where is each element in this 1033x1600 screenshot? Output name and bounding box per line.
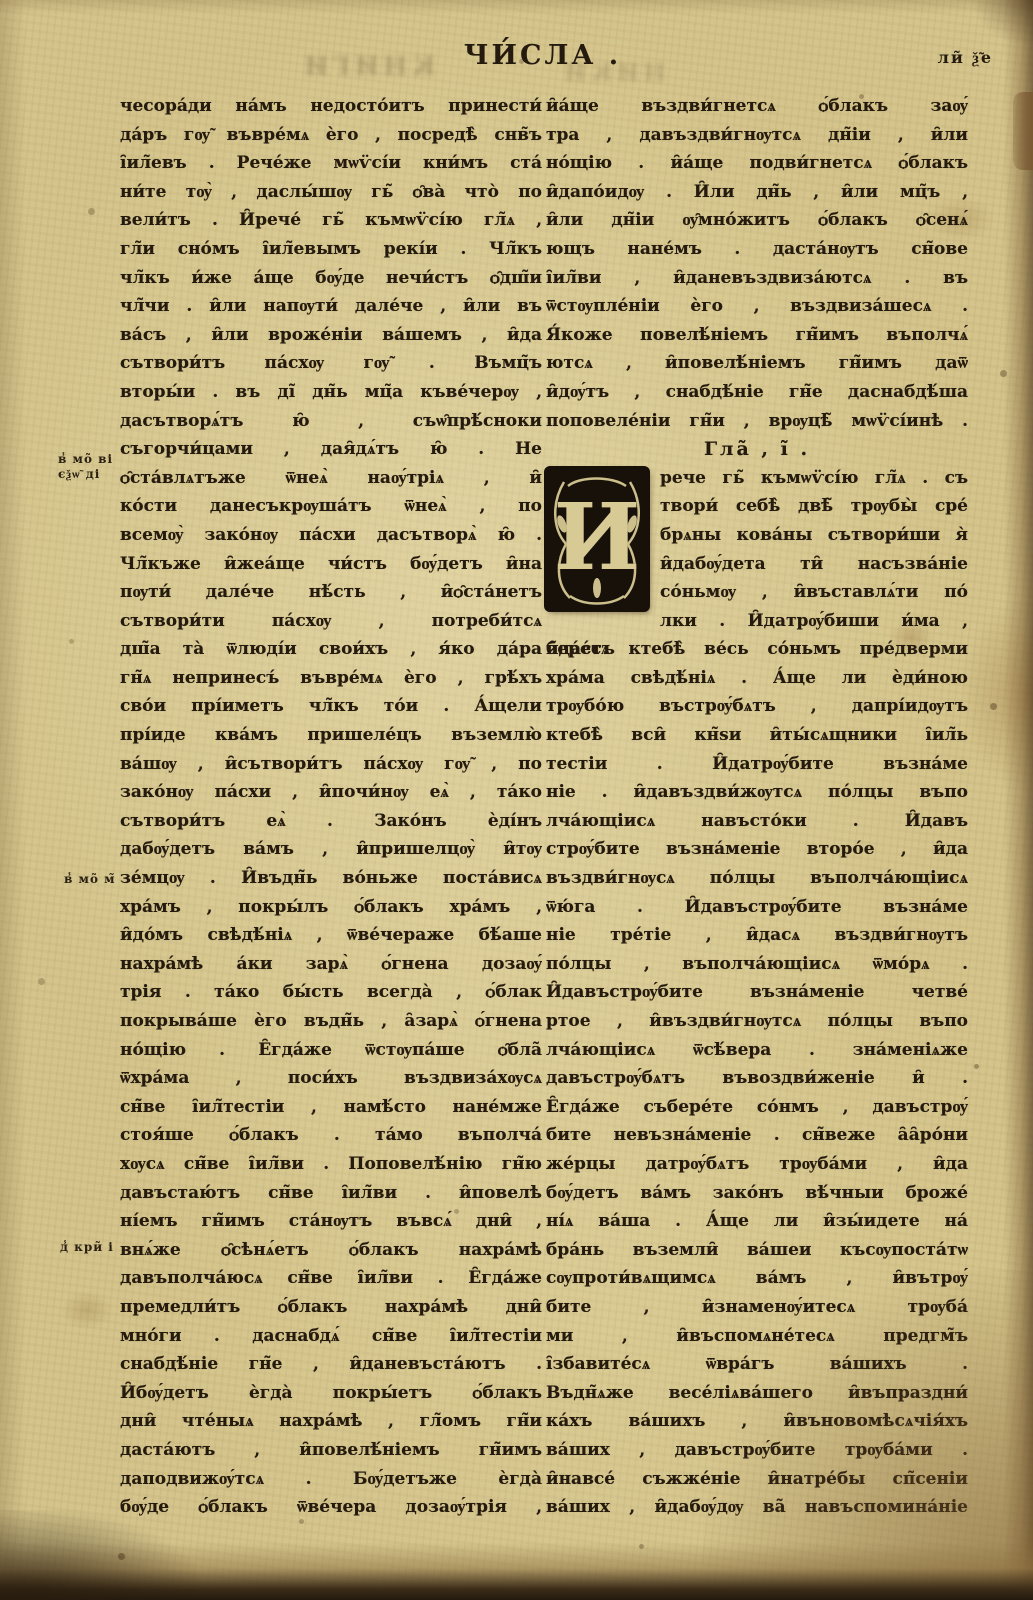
text-line: хра́мъ , покры́лъ ѻ́блакъ хра́мъ ,: [120, 893, 542, 922]
corner-shadow: [0, 1510, 200, 1600]
text-line: сво́и прі́иметъ чл̃къ то́и . А́щели: [120, 692, 542, 721]
text-line: и̑ли дн̃іи ѹ̑мно́житъ ѻ́блакъ ѻ̑сенѧ́: [546, 206, 968, 235]
text-line: премедли́тъ ѻ́блакъ нахра́мѣ дни̑: [120, 1293, 542, 1322]
text-line: ртое , и̑въздви́гнѹтсѧ по́лцы въпо: [546, 1007, 968, 1036]
text-line: зе́мцѹ . И̑въдн̃ь во́ньже поста́висѧ: [120, 864, 542, 893]
text-line: и̑до́мъ свѣдѣ́ніѧ , ѿве́чераже бѣ́аше: [120, 921, 542, 950]
running-title: ЧИ́СЛА .: [120, 40, 965, 71]
text-line: ѿю́га . И̑давъстрѹ́бите възна́ме: [546, 893, 968, 922]
text-line: ва́шѹ , и̑сътвори́тъ па́схѹ гѹ̃ , по: [120, 750, 542, 779]
text-line: по́лцы , въполча́ющіисѧ ѿмо́рѧ .: [546, 950, 968, 979]
margin-note: д̾ кри̃ і: [60, 1240, 120, 1255]
text-line: бѹ́детъ ва́мъ зако́нъ вѣ́чныи броже́: [546, 1179, 968, 1208]
margin-note: в̾ мо̃ м̃: [64, 872, 124, 887]
text-line: поповеле́ніи гн̃и , врѹцѣ̃ мѡѵ̈сі́инѣ .: [546, 407, 968, 436]
text-line: съгорчи́цами , дая̑дѧ́тъ ю̑ . Не: [120, 435, 542, 464]
text-line: і̑ил̃евъ . Рече́же мѡѵ̈сі́и кни́мъ ста́: [120, 149, 542, 178]
text-line: трѹбо́ю въстрѹ́бѧтъ , дапрі́идѹтъ: [546, 692, 968, 721]
text-line: вели́тъ . И̑рече́ гь̃ къмѡѵ̈сі́ю гл̃ѧ ,: [120, 206, 542, 235]
text-line: ко́сти данесъкрѹша́тъ ѿнеѧ̀ , по: [120, 492, 542, 521]
text-line: хѹсѧ сн̃ве і̑ил̃ви . Поповелѣ́нію гн̃ю: [120, 1150, 542, 1179]
page-tear-notch: [1013, 92, 1033, 170]
text-lines: и̑а́ще въздви́гнетсѧ ѻ́блакъ заѹ́тра , д…: [546, 92, 968, 435]
text-line: вторы́и . въ ді̃ дн̃ь мц̃а къве́черѹ ,: [120, 378, 542, 407]
text-line: покрыва́ше ѐго въдн̃ь , а̑зарѧ̀ ѻ́гнена: [120, 1007, 542, 1036]
text-line: бере́сѧ ктебѣ̀ ве́сь со́ньмъ пре́дверми: [546, 635, 968, 664]
text-line: ні́ѧ ва́ша . А́ще ли и̑зы́идете на́: [546, 1207, 968, 1236]
folio-number: ли̃ ѯ̃е: [938, 48, 993, 68]
text-column-left: чесора́ди на́мъ недосто́итъ принести́да́…: [120, 92, 542, 1522]
text-line: ніе тре́тіе , и̑дасѧ въздви́гнѹтъ: [546, 921, 968, 950]
text-line: но́щію . и̑а́ще подви́гнетсѧ ѻ́блакъ: [546, 149, 968, 178]
text-line: ніе . и̑давъздви́жѹтсѧ по́лцы въпо: [546, 778, 968, 807]
text-line: ющъ нане́мъ . даста́нѹтъ сн̃ове: [546, 235, 968, 264]
text-line: сътвори́ти па́схѹ , потреби́тсѧ: [120, 607, 542, 636]
text-line: И̑давъстрѹ́бите възна́меніе четве́: [546, 978, 968, 1007]
text-line: лки . И̑датрѹ́биши и́ма , и̑да́стъ: [546, 607, 968, 636]
text-line: Чл̃къже и̑жеа́ще чи́стъ бѹ́детъ и̑на: [120, 550, 542, 579]
text-line: давъстрѹ́бѧтъ въвоздви́женіе и̑ .: [546, 1064, 968, 1093]
text-line: лча́ющіисѧ ѿсѣ́вера . зна́меніѧже: [546, 1036, 968, 1065]
paper-specks: [0, 0, 3, 3]
text-line: ва́съ , и̑ли вроже́ніи ва́шемъ , и̑да: [120, 321, 542, 350]
text-line: чесора́ди на́мъ недосто́итъ принести́: [120, 92, 542, 121]
text-line: бра́нь въземли̑ ва́шеи късѹпоста́тѡ: [546, 1236, 968, 1265]
text-line: давъстаю́тъ сн̃ве і̑ил̃ви . и̑повелѣ: [120, 1179, 542, 1208]
text-line: і̑ил̃ви , и̑даневъздвиза́ютсѧ . въ: [546, 264, 968, 293]
paper-stain: [60, 1290, 114, 1330]
text-line: нахра́мѣ а́ки зарѧ̀ ѻ́гнена дозаѹ́: [120, 950, 542, 979]
margin-note: в̾ мо̃ ві єѯѡ̃ ді: [58, 452, 118, 482]
text-line: и̑дѹ́тъ , снабдѣ́ніе гн̃е даснабдѣ́ша: [546, 378, 968, 407]
text-line: ктебѣ̀ вси̑ кн̃ѕи и̑ты́сѧщники і̑ил̃ь: [546, 721, 968, 750]
text-line: трія . та́ко бы́сть всегда̀ , ѻ́блак: [120, 978, 542, 1007]
text-line: сн̃ве і̑ил̃тестіи , намѣ́сто нане́мже: [120, 1093, 542, 1122]
text-line: и̑а́ще въздви́гнетсѧ ѻ́блакъ заѹ́: [546, 92, 968, 121]
text-line: ютсѧ , и̑повелѣ́ніемъ гн̃имъ даѿ: [546, 349, 968, 378]
text-line: даподвижѹ́тсѧ . Бѹ́детъже ѐгда̀: [120, 1465, 542, 1494]
text-line: мно́ги . даснабдѧ́ сн̃ве і̑ил̃тестіи: [120, 1322, 542, 1351]
text-line: ні́емъ гн̃имъ ста́нѹтъ въвсѧ́ дни̑ ,: [120, 1207, 542, 1236]
text-line: чл̃къ и́же а́ще бѹ́де нечи́стъ ѻ̑дш̃и: [120, 264, 542, 293]
text-line: ѻ̑ста́влѧтъже ѿнеѧ̀ наѹ́тріѧ , и̑: [120, 464, 542, 493]
text-line: снабдѣ́ніе гн̃е , и̑даневъста́ютъ .: [120, 1350, 542, 1379]
text-line: даста́ютъ , и̑повелѣ́ніемъ гн̃имъ: [120, 1436, 542, 1465]
text-line: хра́ма свѣдѣ́ніѧ . А́ще ли ѐди́ною: [546, 664, 968, 693]
text-line: стоя́ше ѻ́блакъ . та́мо въполча́: [120, 1121, 542, 1150]
text-line: тестіи . И̑датрѹ́бите възна́ме: [546, 750, 968, 779]
text-line: гл̃и сно́мъ і̑ил̃евымъ рекі́и . Чл̃къ: [120, 235, 542, 264]
text-line: стрѹ́бите възна́меніе второ́е , и̑да: [546, 835, 968, 864]
decorative-woodcut-initial: И: [546, 468, 648, 610]
margin-note-line: в̾ мо̃ ві: [58, 452, 118, 467]
text-line: внѧ́же ѻ̑сѣнѧ́етъ ѻ́блакъ нахра́мѣ: [120, 1236, 542, 1265]
text-line: же́рцы датрѹ́бѧтъ трѹба́ми , и̑да: [546, 1150, 968, 1179]
chapter-heading: Гла̃ , і̃ .: [546, 435, 968, 464]
text-line: Я́коже повелѣ́ніемъ гн̃имъ въполчѧ́: [546, 321, 968, 350]
text-line: и̑дапо́идѹ . И̑ли дн̃ь , и̑ли мц̃ъ ,: [546, 178, 968, 207]
text-line: да́ръ гѹ̃ въвре́мѧ ѐго , посредѣ̀ снв̃ъ: [120, 121, 542, 150]
margin-note-line: д̾ кри̃ і: [60, 1240, 120, 1255]
text-line: но́щію . Е̑гда́же ѿстѹпа́ше ѻ̑бла̃: [120, 1036, 542, 1065]
text-line: Е̑гда́же събере́те со́нмъ , давъстрѹ́: [546, 1093, 968, 1122]
text-line: дабѹ́детъ ва́мъ , и̑пришелцѹ̀ и̑тѹ: [120, 835, 542, 864]
text-line: дасътворѧ́тъ ю̑ , съѡ̑прѣ́сноки: [120, 407, 542, 436]
margin-note-line: єѯѡ̃ ді: [58, 467, 118, 482]
text-line: сътвори́тъ па́схѹ гѹ̃ . Въмц̃ъ: [120, 349, 542, 378]
text-line: ѿхра́ма , поси́хъ въздвиза́хѹсѧ: [120, 1064, 542, 1093]
text-line: давъполча́юсѧ сн̃ве і̑ил̃ви . Е̑гда́же: [120, 1264, 542, 1293]
text-line: гн̃ѧ непринесъ́ въвре́мѧ ѐго , грѣ́хъ: [120, 664, 542, 693]
text-line: въздви́гнѹсѧ по́лцы въполча́ющіисѧ: [546, 864, 968, 893]
text-line: ѿстѹпле́ніи ѐго , въздвиза́шесѧ .: [546, 292, 968, 321]
margin-note-line: в̾ мо̃ м̃: [64, 872, 124, 887]
corner-shadow: [973, 0, 1033, 46]
text-line: зако́нѹ па́схи , и̑почи́нѹ еѧ̀ , та́ко: [120, 778, 542, 807]
text-line: бите невъзна́меніе . сн̃веже а̑а̑ро́ни: [546, 1121, 968, 1150]
text-line: чл̃чи . и̑ли напѹти́ дале́че , и̑ли въ: [120, 292, 542, 321]
text-line: всемѹ̀ зако́нѹ па́схи дасътворѧ̀ ю̑ .: [120, 521, 542, 550]
initial-letter: И: [546, 468, 648, 610]
scanned-book-page: КНИГИ НИКИ ЧИ́СЛА . ли̃ ѯ̃е в̾ мо̃ ві єѯ…: [0, 0, 1033, 1600]
text-line: прі́иде ква́мъ пришеле́цъ въземлю̀: [120, 721, 542, 750]
text-line: тра , давъздви́гнѹтсѧ дн̃іи , и̑ли: [546, 121, 968, 150]
text-line: сътвори́тъ еѧ̀ . Зако́нъ ѐді́нъ: [120, 807, 542, 836]
text-line: лча́ющіисѧ навъсто́ки . И̑давъ: [546, 807, 968, 836]
text-lines: чесора́ди на́мъ недосто́итъ принести́да́…: [120, 92, 542, 1522]
text-line: И̑бѹ́детъ ѐгда̀ покры́етъ ѻ́блакъ: [120, 1379, 542, 1408]
text-line: дш̃а та̀ ѿлюді́и свои́хъ , я́ко да́ра: [120, 635, 542, 664]
text-line: дни̑ чте́ныѧ нахра́мѣ , гл̃омъ гн̃и: [120, 1407, 542, 1436]
text-line: пѹти́ дале́че нѣ́сть , и̑ѻ̑ста́нетъ: [120, 578, 542, 607]
text-line: ни́те тѹ̀ , даслы́шѹ гь̃ ѻ̑ва̀ что̀ по: [120, 178, 542, 207]
